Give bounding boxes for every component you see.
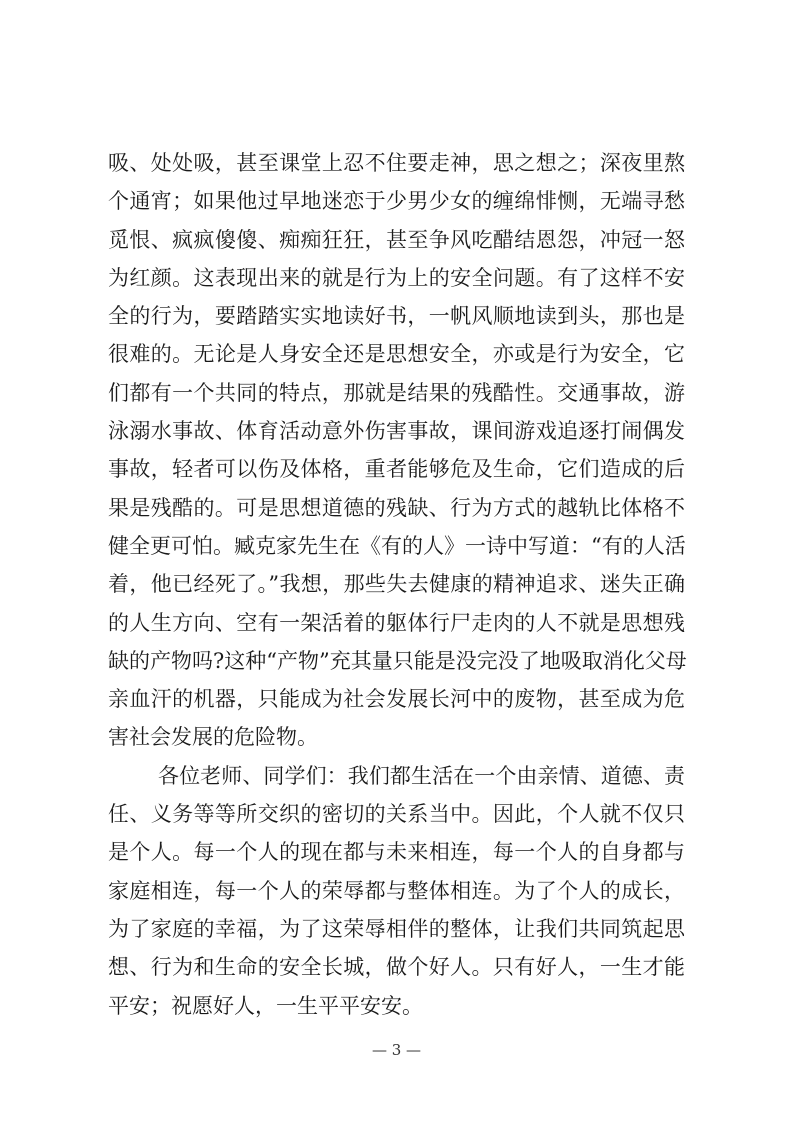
text-line: 害社会发展的危险物。 bbox=[108, 718, 685, 756]
text-line: 想、行为和生命的安全长城，做个好人。只有好人，一生才能 bbox=[108, 948, 685, 986]
document-page: 吸、处处吸，甚至课堂上忍不住要走神，思之想之；深夜里熬 个通宵；如果他过早地迷恋… bbox=[0, 0, 793, 1122]
text-line: 各位老师、同学们：我们都生活在一个由亲情、道德、责 bbox=[108, 757, 685, 795]
text-line: 任、义务等等所交织的密切的关系当中。因此，个人就不仅只 bbox=[108, 795, 685, 833]
text-line: 泳溺水事故、体育活动意外伤害事故，课间游戏追逐打闹偶发 bbox=[108, 412, 685, 450]
text-line: 个通宵；如果他过早地迷恋于少男少女的缠绵悱恻，无端寻愁 bbox=[108, 182, 685, 220]
text-line: 健全更可怕。臧克家先生在《有的人》一诗中写道：“有的人活 bbox=[108, 527, 685, 565]
text-line: 平安；祝愿好人，一生平平安安。 bbox=[108, 987, 685, 1025]
text-line: 着，他已经死了。”我想，那些失去健康的精神追求、迷失正确 bbox=[108, 565, 685, 603]
body-text: 吸、处处吸，甚至课堂上忍不住要走神，思之想之；深夜里熬 个通宵；如果他过早地迷恋… bbox=[108, 144, 685, 1025]
text-line: 全的行为，要踏踏实实地读好书，一帆风顺地读到头，那也是 bbox=[108, 297, 685, 335]
text-line: 事故，轻者可以伤及体格，重者能够危及生命，它们造成的后 bbox=[108, 450, 685, 488]
text-line: 是个人。每一个人的现在都与未来相连，每一个人的自身都与 bbox=[108, 833, 685, 871]
text-line: 为了家庭的幸福，为了这荣辱相伴的整体，让我们共同筑起思 bbox=[108, 910, 685, 948]
text-line: 亲血汗的机器，只能成为社会发展长河中的废物，甚至成为危 bbox=[108, 680, 685, 718]
text-line: 为红颜。这表现出来的就是行为上的安全问题。有了这样不安 bbox=[108, 259, 685, 297]
text-line: 们都有一个共同的特点，那就是结果的残酷性。交通事故，游 bbox=[108, 374, 685, 412]
text-line: 很难的。无论是人身安全还是思想安全，亦或是行为安全，它 bbox=[108, 335, 685, 373]
text-line: 果是残酷的。可是思想道德的残缺、行为方式的越轨比体格不 bbox=[108, 489, 685, 527]
text-line: 觅恨、疯疯傻傻、痴痴狂狂，甚至争风吃醋结恩怨，冲冠一怒 bbox=[108, 221, 685, 259]
text-line: 缺的产物吗?这种“产物”充其量只能是没完没了地吸取消化父母 bbox=[108, 642, 685, 680]
text-line: 吸、处处吸，甚至课堂上忍不住要走神，思之想之；深夜里熬 bbox=[108, 144, 685, 182]
page-number: — 3 — bbox=[0, 1041, 793, 1059]
text-line: 的人生方向、空有一架活着的躯体行尸走肉的人不就是思想残 bbox=[108, 604, 685, 642]
text-line: 家庭相连，每一个人的荣辱都与整体相连。为了个人的成长， bbox=[108, 872, 685, 910]
